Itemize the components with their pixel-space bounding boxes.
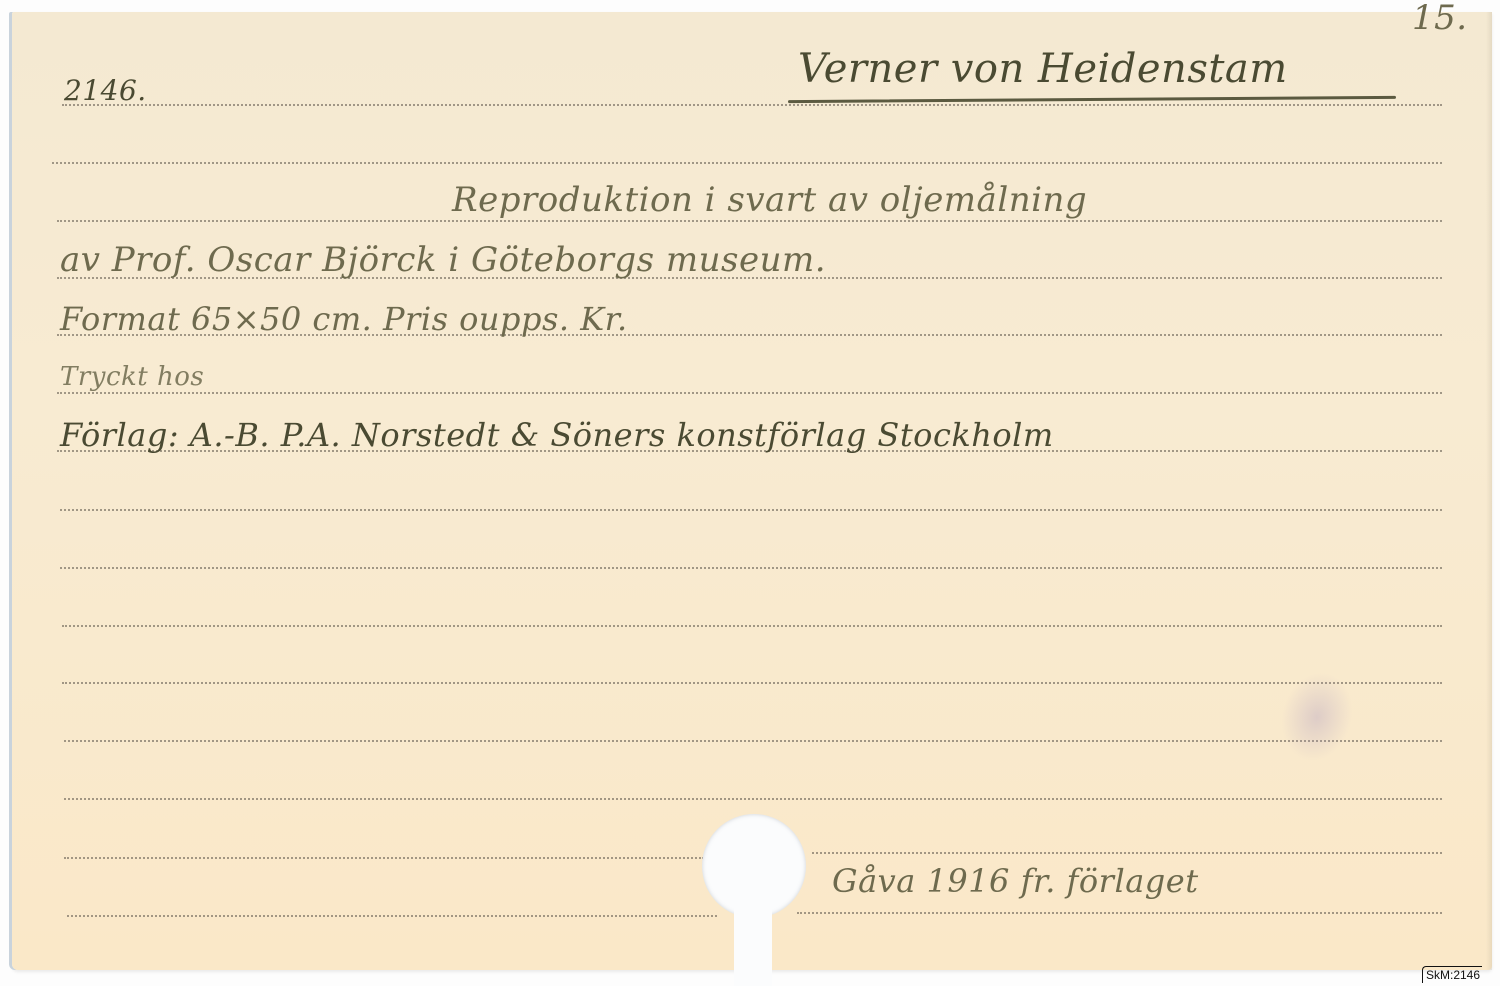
ruled-line (64, 798, 1442, 800)
ruled-line (62, 104, 1442, 106)
heading-name: Verner von Heidenstam (798, 46, 1288, 92)
footer-note: Gåva 1916 fr. förlaget (832, 862, 1199, 900)
ruled-line (57, 220, 1442, 222)
format-price-line: Format 65×50 cm. Pris oupps. Kr. (60, 300, 628, 338)
ruled-line (64, 857, 704, 859)
ruled-line (60, 567, 1442, 569)
ruled-line (57, 392, 1442, 394)
ruled-line (62, 625, 1442, 627)
catalog-number: 2146. (64, 74, 147, 107)
filing-slot (734, 880, 772, 986)
printed-by-line: Tryckt hos (60, 362, 204, 392)
ruled-line (64, 740, 1442, 742)
heading-underline (788, 96, 1396, 103)
ruled-line (67, 915, 717, 917)
description-line-2: av Prof. Oscar Björck i Göteborgs museum… (60, 240, 826, 280)
description-line-1: Reproduktion i svart av oljemålning (452, 180, 1087, 220)
corner-mark: 15. (1412, 0, 1468, 38)
ruled-line (52, 162, 1442, 164)
ruled-line (62, 682, 1442, 684)
card-edge (1486, 12, 1492, 970)
ink-stain (1272, 664, 1363, 769)
ruled-line (60, 509, 1442, 511)
ruled-line (812, 852, 1442, 854)
archive-id-label: SkM:2146 (1422, 966, 1482, 983)
publisher-line: Förlag: A.-B. P.A. Norstedt & Söners kon… (60, 416, 1054, 454)
ruled-line (797, 912, 1442, 914)
